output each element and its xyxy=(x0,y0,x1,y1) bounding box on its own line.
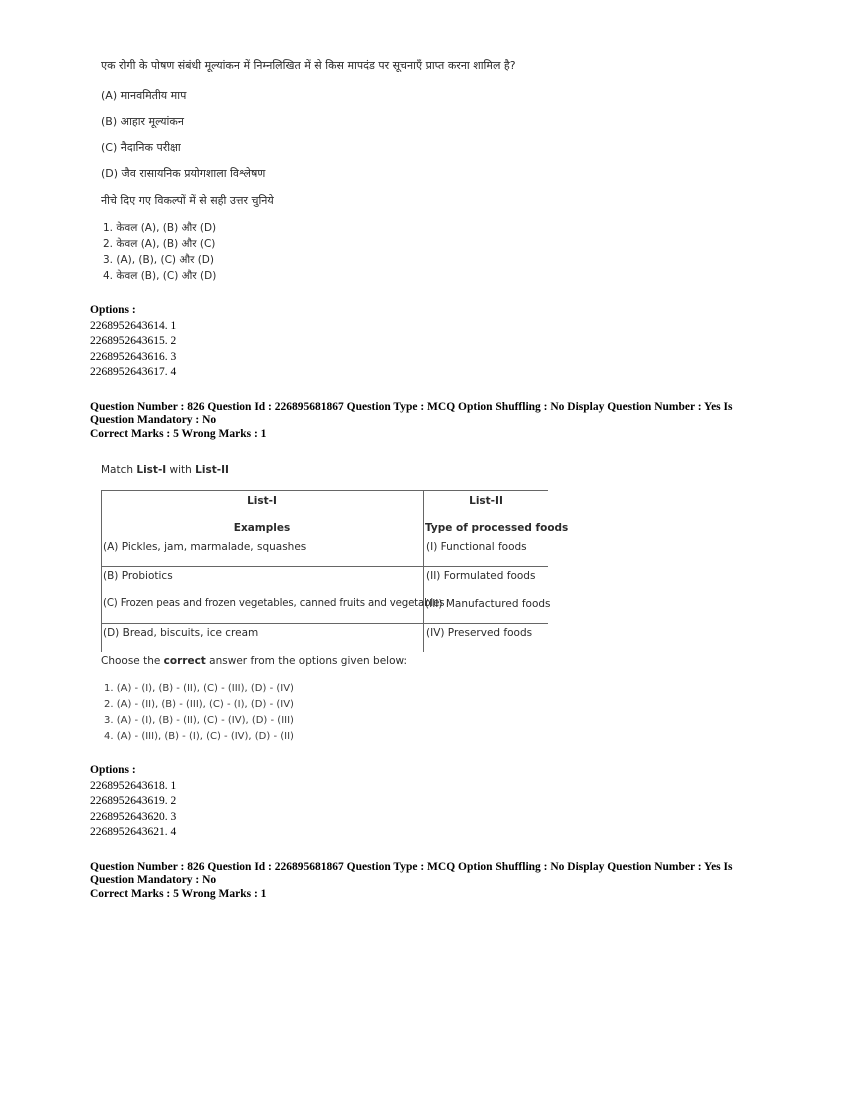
table-column-divider xyxy=(423,490,424,652)
row-a-type: (I) Functional foods xyxy=(426,541,527,553)
question-2-title: Match List-I with List-II xyxy=(101,464,229,476)
options-heading: Options : xyxy=(90,303,176,319)
question-2-choice-4: 4. (A) - (III), (B) - (I), (C) - (IV), (… xyxy=(104,729,294,745)
question-meta-2: Question Number : 826 Question Id : 2268… xyxy=(90,861,750,901)
option-id-3: 2268952643620. 3 xyxy=(90,810,176,826)
question-meta-line: Question Number : 826 Question Id : 2268… xyxy=(90,861,750,886)
instruction-text: answer from the options given below: xyxy=(206,655,407,667)
table-border-left xyxy=(101,490,102,652)
question-1-choice-2: 2. केवल (A), (B) और (C) xyxy=(103,236,215,252)
match-table: List-I List-II Examples Type of processe… xyxy=(101,490,548,652)
question-meta-1: Question Number : 826 Question Id : 2268… xyxy=(90,401,750,441)
instruction-text: Choose the xyxy=(101,655,164,667)
title-text: with xyxy=(166,464,195,476)
option-id-1: 2268952643618. 1 xyxy=(90,779,176,795)
option-id-4: 2268952643621. 4 xyxy=(90,825,176,841)
title-text: Match xyxy=(101,464,136,476)
instruction-bold: correct xyxy=(164,655,206,667)
col1-header: List-I xyxy=(101,495,423,507)
row-a-example: (A) Pickles, jam, marmalade, squashes xyxy=(103,541,306,553)
col2-header: List-II xyxy=(424,495,548,507)
question-2-choice-1: 1. (A) - (I), (B) - (II), (C) - (III), (… xyxy=(104,681,294,697)
question-1-item-c: (C) नैदानिक परीक्षा xyxy=(101,140,181,155)
option-id-2: 2268952643619. 2 xyxy=(90,794,176,810)
question-1-item-b: (B) आहार मूल्यांकन xyxy=(101,114,184,129)
question-1-choice-3: 3. (A), (B), (C) और (D) xyxy=(103,252,214,268)
option-id-3: 2268952643616. 3 xyxy=(90,350,176,366)
option-id-4: 2268952643617. 4 xyxy=(90,365,176,381)
question-1-options: Options : 2268952643614. 1 2268952643615… xyxy=(90,303,176,381)
question-marks: Correct Marks : 5 Wrong Marks : 1 xyxy=(90,888,750,901)
row-c-example: (C) Frozen peas and frozen vegetables, c… xyxy=(103,598,444,609)
table-row-divider xyxy=(101,566,548,567)
question-1-stem: एक रोगी के पोषण संबंधी मूल्यांकन में निम… xyxy=(101,58,516,73)
col2-subheader: Type of processed foods xyxy=(425,522,568,534)
options-heading: Options : xyxy=(90,763,176,779)
row-d-type: (IV) Preserved foods xyxy=(426,627,532,639)
title-list2: List-II xyxy=(195,464,229,476)
option-id-1: 2268952643614. 1 xyxy=(90,319,176,335)
title-list1: List-I xyxy=(136,464,166,476)
question-marks: Correct Marks : 5 Wrong Marks : 1 xyxy=(90,428,750,441)
table-border-top xyxy=(101,490,548,491)
row-b-example: (B) Probiotics xyxy=(103,570,173,582)
row-d-example: (D) Bread, biscuits, ice cream xyxy=(103,627,258,639)
question-1-choice-1: 1. केवल (A), (B) और (D) xyxy=(103,220,216,236)
question-1-choice-4: 4. केवल (B), (C) और (D) xyxy=(103,268,216,284)
question-2-options: Options : 2268952643618. 1 2268952643619… xyxy=(90,763,176,841)
col1-subheader: Examples xyxy=(101,522,423,534)
question-2-choice-3: 3. (A) - (I), (B) - (II), (C) - (IV), (D… xyxy=(104,713,294,729)
question-1-item-d: (D) जैव रासायनिक प्रयोगशाला विश्लेषण xyxy=(101,166,265,181)
question-meta-line: Question Number : 826 Question Id : 2268… xyxy=(90,401,750,426)
row-b-type: (II) Formulated foods xyxy=(426,570,535,582)
question-2-instruction: Choose the correct answer from the optio… xyxy=(101,655,407,667)
question-1-instruction: नीचे दिए गए विकल्पों में से सही उत्तर चु… xyxy=(101,193,274,208)
question-1-item-a: (A) मानवमितीय माप xyxy=(101,88,186,103)
option-id-2: 2268952643615. 2 xyxy=(90,334,176,350)
question-2-choice-2: 2. (A) - (II), (B) - (III), (C) - (I), (… xyxy=(104,697,294,713)
row-c-type: (III) Manufactured foods xyxy=(425,598,551,610)
table-row-divider xyxy=(101,623,548,624)
